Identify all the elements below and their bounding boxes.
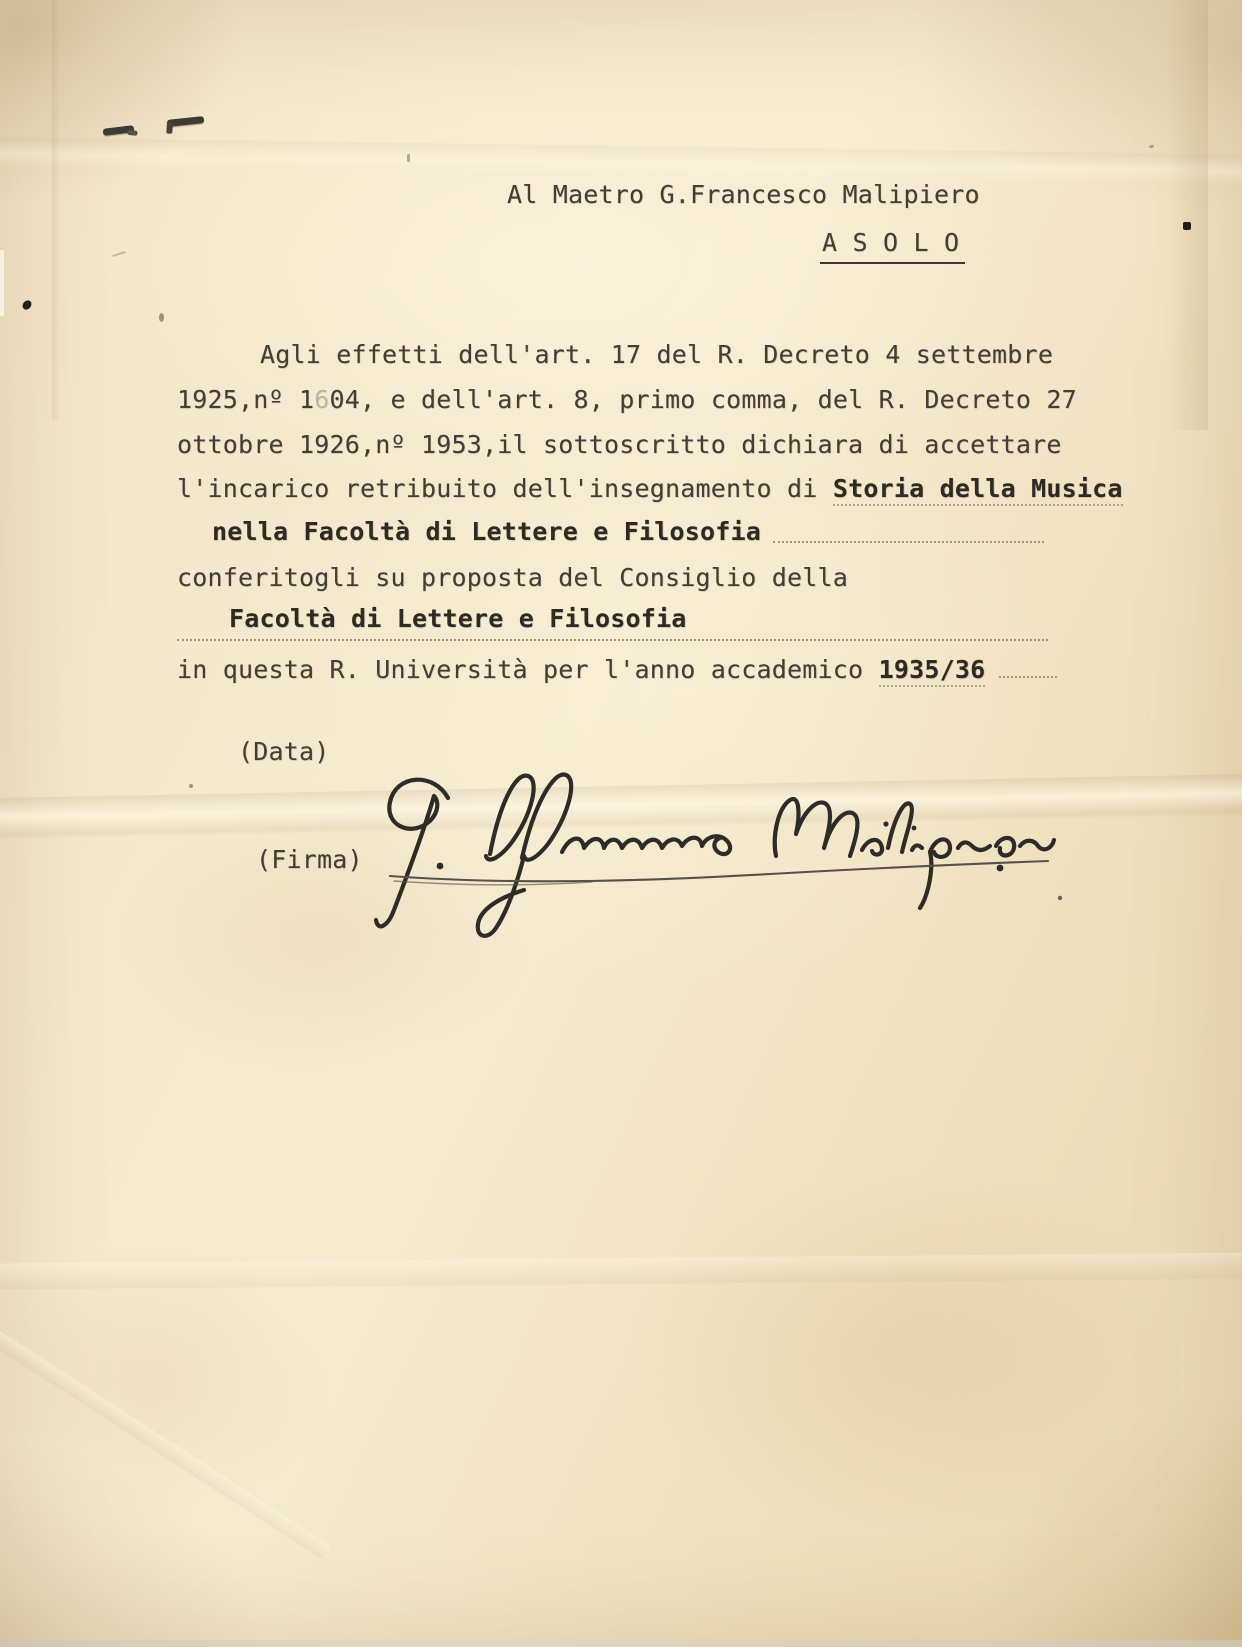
staple-mark	[167, 116, 205, 127]
body-line-2-faint-digit: 6	[314, 385, 329, 414]
body-line-6: conferitogli su proposta del Consiglio d…	[177, 563, 848, 593]
data-label: (Data)	[238, 737, 330, 767]
ink-speck	[189, 784, 193, 788]
subject-name: Storia della Musica	[833, 474, 1123, 506]
signature-handwriting	[348, 758, 1064, 944]
paper-crease-lower	[0, 1252, 1242, 1289]
academic-year: 1935/36	[879, 655, 986, 687]
paper-crease-left-edge	[52, 0, 60, 420]
body-line-4: l'incarico retribuito dell'insegnamento …	[177, 474, 1123, 504]
faculty-name-filled: Facoltà di Lettere e Filosofia	[229, 604, 687, 633]
ink-speck	[159, 313, 164, 322]
paper-crease-bottom-left	[0, 1317, 330, 1559]
ink-speck	[1149, 144, 1155, 149]
ink-speck	[1183, 222, 1191, 230]
firma-label: (Firma)	[256, 845, 363, 875]
body-line-5: nella Facoltà di Lettere e Filosofia	[212, 517, 1048, 547]
city-line: A S O L O	[820, 228, 965, 264]
body-line-8-normal: in questa R. Università per l'anno accad…	[177, 655, 879, 684]
scan-bottom-edge	[0, 1640, 1242, 1647]
body-line-2: 1925,nº 1604, e dell'art. 8, primo comma…	[177, 385, 1077, 415]
body-line-1: Agli effetti dell'art. 17 del R. Decreto…	[260, 340, 1053, 370]
dotted-fill-line	[773, 541, 1044, 543]
faculty-name-inline: nella Facoltà di Lettere e Filosofia	[212, 517, 761, 547]
recipient-line: Al Maetro G.Francesco Malipiero	[507, 180, 980, 210]
body-line-7: Facoltà di Lettere e Filosofia	[177, 604, 1048, 641]
body-line-3: ottobre 1926,nº 1953,il sottoscritto dic…	[177, 430, 1062, 460]
ink-speck	[21, 299, 34, 312]
body-line-8: in questa R. Università per l'anno accad…	[177, 651, 1057, 685]
body-line-2-post: 04, e dell'art. 8, primo comma, del R. D…	[330, 385, 1077, 414]
paper-crease-top	[0, 137, 1242, 185]
body-line-4-normal: l'incarico retribuito dell'insegnamento …	[177, 474, 833, 503]
body-line-2-pre: 1925,nº 1	[177, 385, 314, 414]
signature-name-text: G.Francesco Malipiero.	[0, 0, 1, 1]
ink-speck	[407, 154, 410, 162]
paper-crease-right-edge	[1168, 0, 1208, 430]
dotted-fill-short	[999, 651, 1057, 678]
scanned-letter-page: Al Maetro G.Francesco Malipiero A S O L …	[0, 0, 1242, 1647]
staple-mark	[103, 125, 135, 136]
ink-speck	[112, 251, 126, 257]
paper-edge-notch	[0, 250, 4, 316]
